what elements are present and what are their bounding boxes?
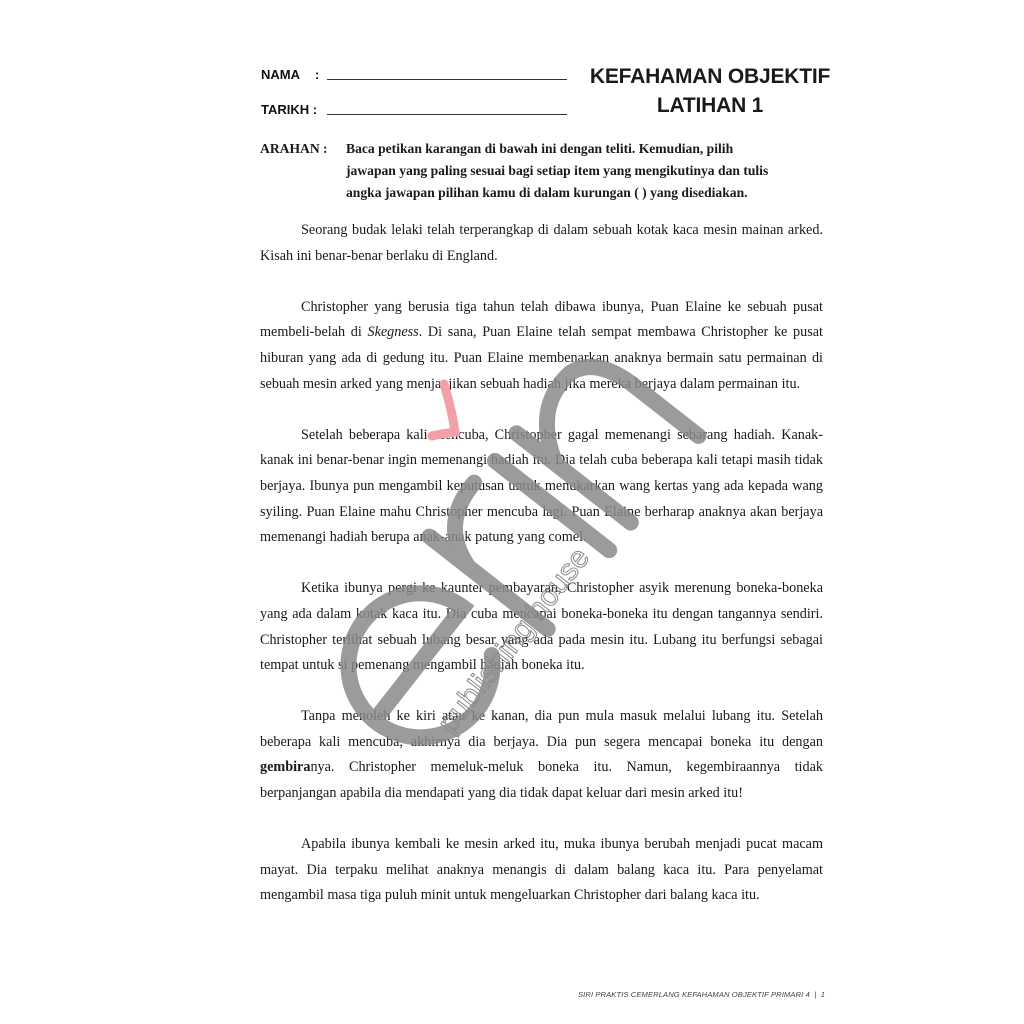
series-title: SIRI PRAKTIS CEMERLANG KEFAHAMAN OBJEKTI… [578, 990, 810, 999]
passage-paragraph-1: Seorang budak lelaki telah terperangkap … [260, 218, 823, 269]
footer-separator: | [814, 990, 816, 999]
bolded-word: gembira [260, 759, 310, 775]
page-number: 1 [821, 990, 825, 999]
instructions-line: jawapan yang paling sesuai bagi setiap i… [346, 160, 826, 182]
passage-paragraph-3: Setelah beberapa kali mencuba, Christoph… [260, 423, 823, 551]
instructions-label: ARAHAN : [260, 138, 328, 160]
paragraph-text: nya. Christopher memeluk-meluk boneka it… [260, 759, 823, 801]
passage-paragraph-4: Ketika ibunya pergi ke kaunter pembayara… [260, 576, 823, 678]
exercise-title: LATIHAN 1 [580, 94, 840, 118]
paragraph-text: Ketika ibunya pergi ke kaunter pembayara… [260, 580, 823, 673]
paragraph-text: Setelah beberapa kali mencuba, Christoph… [260, 427, 823, 545]
date-label: TARIKH : [261, 102, 317, 117]
name-label: NAMA [261, 67, 300, 82]
date-blank-line[interactable] [327, 114, 567, 115]
passage-paragraph-6: Apabila ibunya kembali ke mesin arked it… [260, 832, 823, 909]
paragraph-text: Tanpa menoleh ke kiri atau ke kanan, dia… [260, 708, 823, 750]
passage: Seorang budak lelaki telah terperangkap … [260, 218, 823, 935]
page-footer: SIRI PRAKTIS CEMERLANG KEFAHAMAN OBJEKTI… [578, 990, 825, 999]
paragraph-text: Seorang budak lelaki telah terperangkap … [260, 222, 823, 264]
instructions-line: Baca petikan karangan di bawah ini denga… [346, 138, 826, 160]
name-colon: : [315, 67, 319, 82]
place-name-italic: Skegness [367, 324, 418, 340]
instructions-line: angka jawapan pilihan kamu di dalam kuru… [346, 182, 826, 204]
worksheet-page: NAMA : TARIKH : KEFAHAMAN OBJEKTIF LATIH… [0, 0, 1024, 1024]
paragraph-text: Apabila ibunya kembali ke mesin arked it… [260, 836, 823, 903]
passage-paragraph-2: Christopher yang berusia tiga tahun tela… [260, 295, 823, 397]
passage-paragraph-5: Tanpa menoleh ke kiri atau ke kanan, dia… [260, 704, 823, 806]
instructions-text: Baca petikan karangan di bawah ini denga… [346, 138, 826, 204]
page-title: KEFAHAMAN OBJEKTIF [580, 65, 840, 89]
name-blank-line[interactable] [327, 79, 567, 80]
